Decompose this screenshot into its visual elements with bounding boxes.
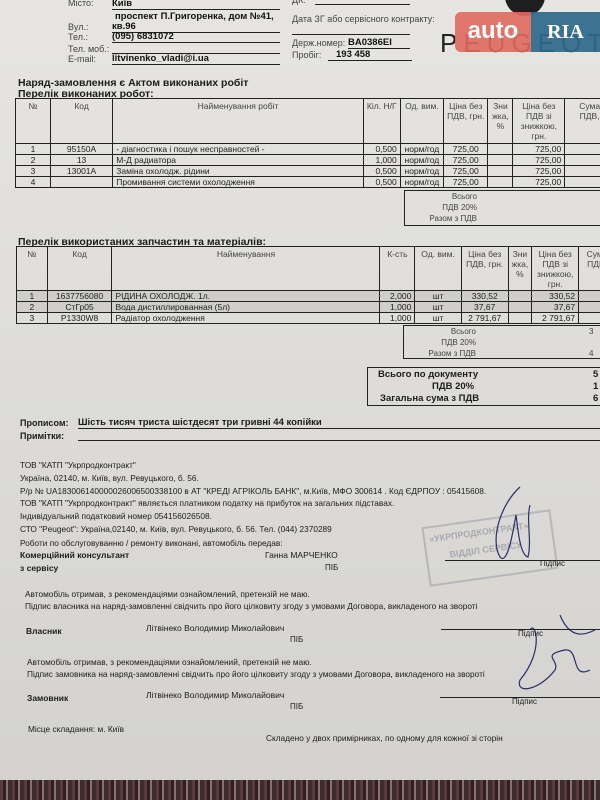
col-header: Ціна без ПДВ, грн. <box>444 99 488 144</box>
customer-role: Замовник <box>27 693 68 703</box>
parts-table: № Код Найменування К-сть Од. вим. Ціна б… <box>16 246 600 324</box>
row-number: 1 <box>16 144 51 155</box>
row-price: 330,52 <box>461 291 508 302</box>
row-code: 13001A <box>50 166 112 177</box>
row-price: 725,00 <box>444 166 488 177</box>
mileage-label: Пробіг: <box>292 50 321 60</box>
table-row: 1 1637756080 РІДИНА ОХОЛОДЖ. 1л. 2,000 ш… <box>17 291 600 302</box>
row-code: СтГр05 <box>47 302 112 313</box>
row-sum <box>579 302 600 313</box>
row-code: 13 <box>50 155 112 166</box>
document-page: Місто: Київ проспект П.Григоренка, дом №… <box>0 0 600 785</box>
row-code: P1330W8 <box>47 313 112 324</box>
row-price: 2 791,67 <box>461 313 508 324</box>
label: Разом з ПДВ <box>428 349 476 358</box>
row-discount <box>488 144 513 155</box>
row-discount <box>488 155 513 166</box>
row-price: 725,00 <box>444 144 488 155</box>
row-discount <box>508 313 532 324</box>
row-number: 1 <box>17 291 48 302</box>
place-of-issue: Місце складання: м. Київ <box>28 724 124 734</box>
customer-name: Літвінеко Володимир Миколайович <box>146 690 284 700</box>
row-unit: норм/год <box>400 177 443 188</box>
row-code: 95150A <box>50 144 112 155</box>
col-header: № <box>16 99 51 144</box>
handover-sign-line <box>445 560 600 561</box>
email-value: litvinenko_vladi@i.ua <box>112 53 280 65</box>
sum-value: 6 <box>593 393 598 404</box>
row-discount <box>508 302 532 313</box>
notes-value <box>78 431 600 441</box>
row-sum <box>565 155 600 166</box>
works-table: № Код Найменування робіт Кіл. Н/Г Од. ви… <box>15 98 600 188</box>
row-name: М-Д радиатора <box>113 155 364 166</box>
works-vat-label: ПДВ 20% <box>405 202 477 213</box>
copies-note: Складено у двох примірниках, по одному д… <box>266 733 503 743</box>
row-number: 4 <box>16 177 51 188</box>
email-label: E-mail: <box>68 54 96 64</box>
row-name: - діагностика і пошук несправностей - <box>113 144 364 155</box>
row-name: Промивання системи охолодження <box>113 177 364 188</box>
sum-label: Загальна сума з ПДВ <box>380 393 479 404</box>
row-code: 1637756080 <box>47 291 112 302</box>
row-qty: 0,500 <box>363 144 400 155</box>
row-name: Радіатор охолодження <box>112 313 380 324</box>
col-header: Код <box>47 247 112 291</box>
parts-with-vat-value: 4 <box>589 348 593 359</box>
owner-pib: ПІБ <box>290 635 303 644</box>
company-bank: Р/р № UA183006140000026006500338100 в АТ… <box>20 485 486 498</box>
row-sum: 6 <box>579 291 600 302</box>
col-header: Найменування робіт <box>113 99 364 144</box>
row-unit: норм/год <box>400 144 443 155</box>
works-with-vat-label: Разом з ПДВ <box>405 213 477 224</box>
row-unit: шт <box>415 302 462 313</box>
row-price: 37,67 <box>461 302 508 313</box>
customer-text-2: Підпис замовника на наряд-замовленні сві… <box>27 669 485 679</box>
table-row: 3 13001A Заміна охолодж. рідини 0,500 но… <box>16 166 600 177</box>
plate-value: BA0386EI <box>348 37 410 49</box>
col-header: Од. вим. <box>415 247 462 291</box>
row-qty: 1,000 <box>380 302 415 313</box>
col-header: Код <box>50 99 112 144</box>
handover-role: Комерційний консультант <box>20 550 129 560</box>
handover-name: Ганна МАРЧЕНКО <box>265 550 338 560</box>
handover-pib: ПІБ <box>325 563 338 572</box>
handover-sign-label: Підпис <box>540 559 565 568</box>
row-sum <box>565 144 600 155</box>
row-price-discounted: 330,52 <box>532 291 579 302</box>
works-total-label: Всього <box>405 191 477 202</box>
col-header: Зни жка, % <box>508 247 532 291</box>
table-row: 2 СтГр05 Вода дистиллированная (5л) 1,00… <box>17 302 600 313</box>
customer-text-1: Автомобіль отримав, з рекомендаціями озн… <box>27 657 312 667</box>
background-surface <box>0 780 600 800</box>
row-price: 725,00 <box>444 177 488 188</box>
vat-label: ПДВ 20% <box>432 381 474 392</box>
row-name: Вода дистиллированная (5л) <box>112 302 380 313</box>
table-row: 4 Промивання системи охолодження 0,500 н… <box>16 177 600 188</box>
doc-total-label: Всього по документу <box>378 369 478 380</box>
col-header: Кіл. Н/Г <box>363 99 400 144</box>
col-header: № <box>17 247 48 291</box>
phone-value: (095) 6831072 <box>112 31 280 43</box>
row-number: 3 <box>16 166 51 177</box>
company-service-station: СТО "Peugeot": Україна,02140, м. Київ, в… <box>20 523 486 536</box>
col-header: Зни жка, % <box>488 99 513 144</box>
row-unit: шт <box>415 313 462 324</box>
city-value: Київ <box>112 0 280 10</box>
contract-line <box>292 28 410 35</box>
words-value: Шість тисяч триста шістдесят три гривні … <box>78 417 600 429</box>
street-label: Вул.: <box>68 22 88 32</box>
row-discount <box>488 166 513 177</box>
row-qty: 1,000 <box>363 155 400 166</box>
company-name: ТОВ "КАТП "Укрпродконтракт" <box>20 459 486 472</box>
row-price-discounted: 725,00 <box>513 144 565 155</box>
phone-label: Тел.: <box>68 32 88 42</box>
doc-total-value: 5 <box>593 369 598 380</box>
row-price-discounted: 2 791,67 <box>532 313 579 324</box>
owner-role: Власник <box>26 626 62 636</box>
mileage-value: 193 458 <box>328 49 412 61</box>
col-header: Сума ПДВ, <box>565 99 600 144</box>
col-header: Ціна без ПДВ, грн. <box>461 247 508 291</box>
customer-pib: ПІБ <box>290 702 303 711</box>
dk-label: ДК: <box>292 0 306 5</box>
table-row: 2 13 М-Д радиатора 1,000 норм/год 725,00… <box>16 155 600 166</box>
row-price-discounted: 725,00 <box>513 166 565 177</box>
company-tax-number: Індивідуальний податковий номер 05415602… <box>20 510 486 523</box>
row-unit: норм/год <box>400 155 443 166</box>
row-price-discounted: 725,00 <box>513 155 565 166</box>
row-price-discounted: 37,67 <box>532 302 579 313</box>
city-label: Місто: <box>68 0 94 8</box>
notes-label: Примітки: <box>20 431 64 441</box>
owner-text-1: Автомобіль отримав, з рекомендаціями озн… <box>25 589 310 599</box>
row-qty: 0,500 <box>363 166 400 177</box>
owner-text-2: Підпис власника на наряд-замовленні свід… <box>25 601 477 611</box>
row-discount <box>508 291 532 302</box>
customer-sign-label: Підпис <box>512 697 537 706</box>
plate-label: Держ.номер: <box>292 38 345 48</box>
table-row: 1 95150A - діагностика і пошук несправно… <box>16 144 600 155</box>
row-sum: 2 7 <box>579 313 600 324</box>
col-header: Од. вим. <box>400 99 443 144</box>
row-number: 2 <box>16 155 51 166</box>
company-address: Україна, 02140, м. Київ, вул. Ревуцького… <box>20 472 486 485</box>
table-row: 3 P1330W8 Радіатор охолодження 1,000 шт … <box>17 313 600 324</box>
row-unit: норм/год <box>400 166 443 177</box>
parts-totals-box: Всього3 ПДВ 20% Разом з ПДВ4 <box>403 325 600 359</box>
owner-name: Літвінеко Володимир Миколайович <box>146 623 284 633</box>
words-label: Прописом: <box>20 418 68 428</box>
works-totals-box: Всього ПДВ 20% Разом з ПДВ <box>404 190 600 226</box>
parts-total-label: Всього3 <box>404 326 476 337</box>
handover-intro: Роботи по обслуговуванню / ремонту викон… <box>20 538 283 548</box>
vat-value: 1 <box>593 381 598 392</box>
row-qty: 2,000 <box>380 291 415 302</box>
col-header: Ціна без ПДВ зі знижкою, грн. <box>532 247 579 291</box>
col-header: Найменування <box>112 247 380 291</box>
company-tax-status: ТОВ "КАТП "Укрпродконтракт" являється пл… <box>20 497 486 510</box>
autoria-watermark-ria: RIA <box>531 12 600 52</box>
company-details: ТОВ "КАТП "Укрпродконтракт" Україна, 021… <box>20 459 486 536</box>
row-name: Заміна охолодж. рідини <box>113 166 364 177</box>
row-qty: 0,500 <box>363 177 400 188</box>
parts-total-value: 3 <box>589 326 593 337</box>
row-price-discounted: 725,00 <box>513 177 565 188</box>
dk-line <box>315 0 410 5</box>
row-discount <box>488 177 513 188</box>
owner-sign-label: Підпис <box>518 629 543 638</box>
handover-role-2: з сервісу <box>20 563 58 573</box>
row-code <box>50 177 112 188</box>
row-price: 725,00 <box>444 155 488 166</box>
parts-vat-label: ПДВ 20% <box>404 337 476 348</box>
row-name: РІДИНА ОХОЛОДЖ. 1л. <box>112 291 380 302</box>
label: Всього <box>451 327 476 336</box>
row-number: 2 <box>17 302 48 313</box>
consultant-signature <box>480 485 550 570</box>
row-number: 3 <box>17 313 48 324</box>
contract-label: Дата ЗГ або сервісного контракту: <box>292 14 435 24</box>
mobile-label: Тел. моб.: <box>68 44 109 54</box>
parts-with-vat-label: Разом з ПДВ4 <box>404 348 476 359</box>
col-header: Сума ПДВ, <box>579 247 600 291</box>
col-header: К-сть <box>380 247 415 291</box>
autoria-watermark-auto: auto <box>455 12 531 52</box>
row-sum <box>565 177 600 188</box>
row-qty: 1,000 <box>380 313 415 324</box>
row-unit: шт <box>415 291 462 302</box>
col-header: Ціна без ПДВ зі знижкою, грн. <box>513 99 565 144</box>
grand-totals-box: Всього по документу 5 ПДВ 20% 1 Загальна… <box>367 367 600 406</box>
row-sum <box>565 166 600 177</box>
